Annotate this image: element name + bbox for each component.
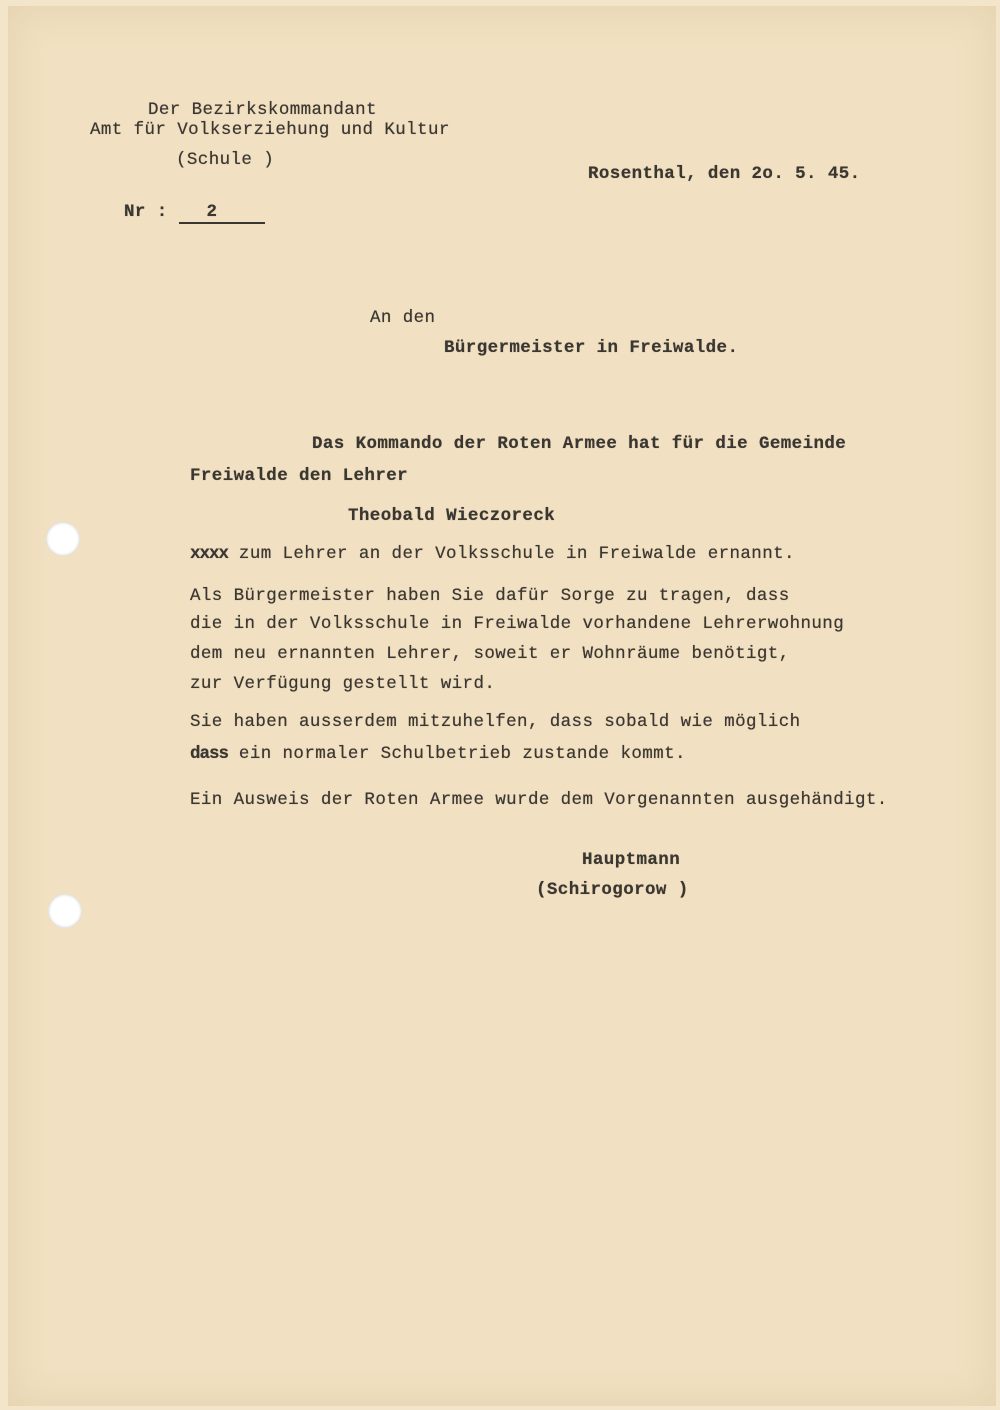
body-line: Als Bürgermeister haben Sie dafür Sorge … [190, 586, 790, 606]
header-section: (Schule ) [176, 150, 274, 170]
body-line: Freiwalde den Lehrer [190, 466, 408, 486]
reference-number-label: Nr : [124, 202, 168, 222]
body-line: Das Kommando der Roten Armee hat für die… [312, 434, 846, 454]
teacher-name: Theobald Wieczoreck [348, 506, 555, 526]
body-line: dem neu ernannten Lehrer, soweit er Wohn… [190, 644, 790, 664]
body-line: zur Verfügung gestellt wird. [190, 674, 495, 694]
body-line: xxxx zum Lehrer an der Volksschule in Fr… [190, 544, 795, 564]
struck-text: xxxx [190, 544, 228, 564]
punch-hole-lower [48, 894, 82, 928]
body-line: die in der Volksschule in Freiwalde vorh… [190, 614, 844, 634]
signature-rank: Hauptmann [582, 850, 680, 870]
reference-number: Nr : 2 [124, 202, 265, 224]
body-line: Sie haben ausserdem mitzuhelfen, dass so… [190, 712, 801, 732]
signature-name: (Schirogorow ) [536, 880, 689, 900]
body-line-text: ein normaler Schulbetrieb zustande kommt… [228, 744, 686, 764]
struck-text: dass [190, 744, 228, 764]
recipient-salutation: An den [370, 308, 435, 328]
header-department: Amt für Volkserziehung und Kultur [90, 120, 450, 140]
body-line-text: zum Lehrer an der Volksschule in Freiwal… [228, 544, 795, 564]
body-line: Ein Ausweis der Roten Armee wurde dem Vo… [190, 790, 888, 810]
reference-number-value: 2 [179, 202, 265, 224]
body-line: dass ein normaler Schulbetrieb zustande … [190, 744, 686, 764]
recipient-address: Bürgermeister in Freiwalde. [444, 338, 738, 358]
header-office: Der Bezirkskommandant [148, 100, 377, 120]
punch-hole-upper [46, 522, 80, 556]
place-date: Rosenthal, den 2o. 5. 45. [588, 164, 861, 184]
